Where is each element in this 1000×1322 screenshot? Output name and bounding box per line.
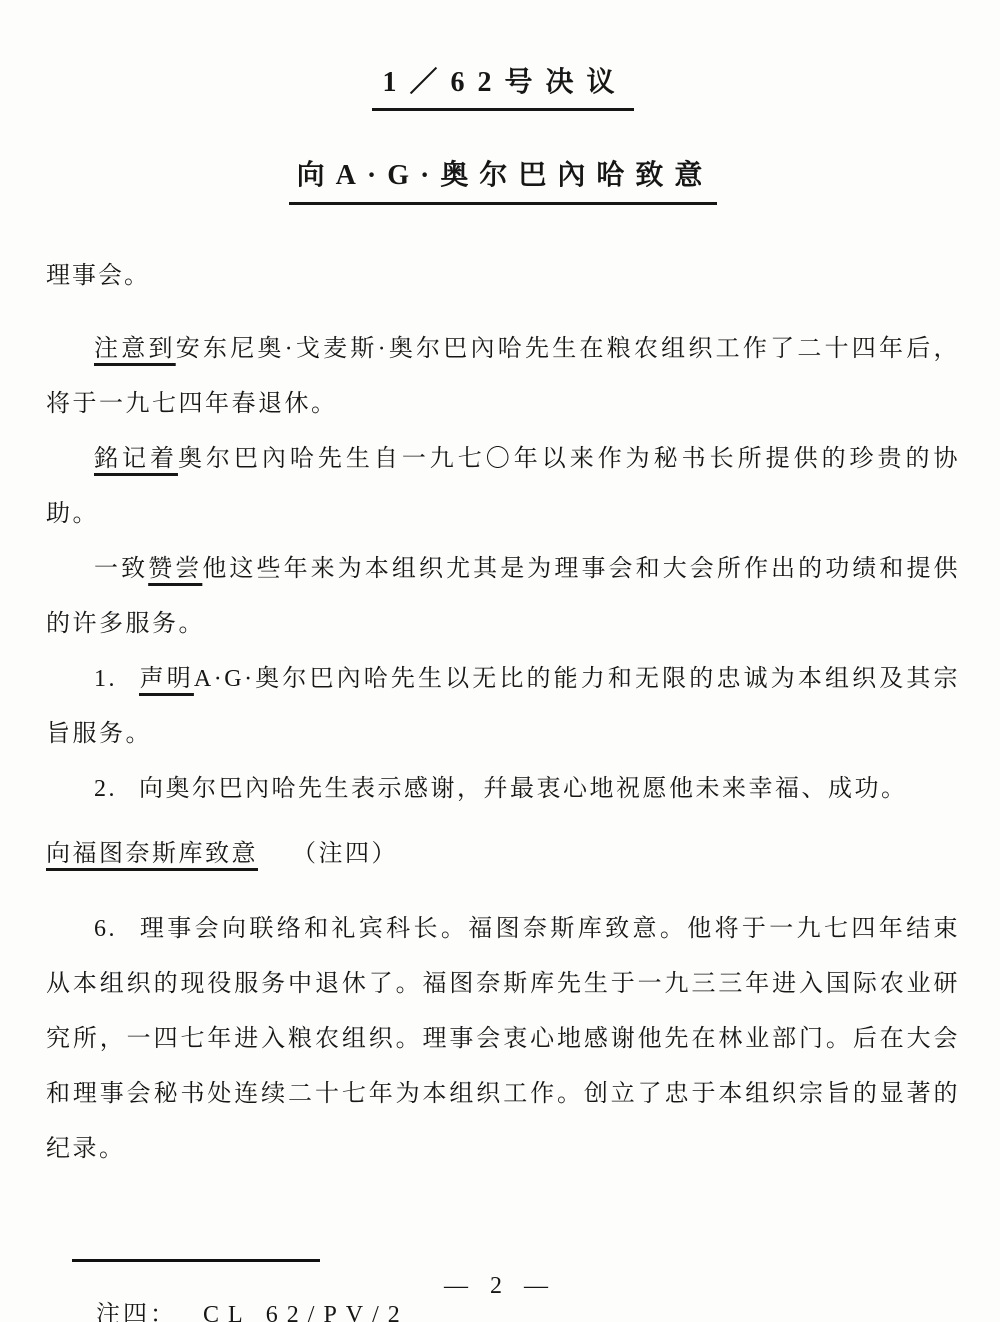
footnote-label: 注四： — [96, 1302, 177, 1322]
paragraph-prefix: 一致 — [94, 556, 148, 582]
page-subtitle: 向A·G·奥尔巴內哈致意 — [289, 153, 718, 205]
salutation: 理事会。 — [46, 255, 960, 290]
page-title: 1／62号决议 — [372, 60, 633, 111]
paragraph-text: 向奥尔巴內哈先生表示感谢，幷最衷心地祝愿他未来幸福、成功。 — [139, 776, 908, 802]
paragraph-appreciating: 一致赞尝他这些年来为本组织尤其是为理事会和大会所作出的功绩和提供的许多服务。 — [46, 542, 960, 652]
numbered-paragraph-6: 6.理事会向联络和礼宾科长。福图奈斯库致意。他将于一九七四年结束从本组织的现役服… — [46, 902, 960, 1177]
section-heading-underlined: 向福图奈斯库致意 — [46, 841, 258, 869]
subtitle-row: 向A·G·奥尔巴內哈致意 — [46, 153, 960, 205]
footnote-value: CL 62/PV/2 — [203, 1302, 409, 1322]
section-heading-footnote-ref: （注四） — [292, 841, 398, 867]
paragraph-number: 1. — [94, 666, 117, 692]
numbered-paragraph-2: 2.向奥尔巴內哈先生表示感谢，幷最衷心地祝愿他未来幸福、成功。 — [46, 762, 960, 817]
document-content: 1／62号决议 向A·G·奥尔巴內哈致意 理事会。 注意到安东尼奥·戈麦斯·奥尔… — [0, 0, 1000, 1322]
paragraph-text: 安东尼奥·戈麦斯·奥尔巴內哈先生在粮农组织工作了二十四年后，将于一九七四年春退休… — [46, 336, 960, 417]
paragraph-text: 理事会向联络和礼宾科长。福图奈斯库致意。他将于一九七四年结束从本组织的现役服务中… — [46, 916, 960, 1162]
paragraph-number: 2. — [94, 776, 117, 802]
section-heading: 向福图奈斯库致意（注四） — [46, 833, 960, 868]
paragraph-notice: 注意到安东尼奥·戈麦斯·奥尔巴內哈先生在粮农组织工作了二十四年后，将于一九七四年… — [46, 322, 960, 432]
paragraph-lead-underlined: 赞尝 — [148, 556, 202, 582]
paragraph-recalling: 銘记着奥尔巴內哈先生自一九七〇年以来作为秘书长所提供的珍贵的协助。 — [46, 432, 960, 542]
paragraph-lead-underlined: 銘记着 — [94, 446, 178, 472]
paragraph-lead-underlined: 声明 — [139, 666, 194, 692]
paragraph-text: 奥尔巴內哈先生自一九七〇年以来作为秘书长所提供的珍贵的协助。 — [46, 446, 960, 527]
document-page: 1／62号决议 向A·G·奥尔巴內哈致意 理事会。 注意到安东尼奥·戈麦斯·奥尔… — [0, 0, 1000, 1322]
numbered-paragraph-1: 1.声明A·G·奥尔巴內哈先生以无比的能力和无限的忠诚为本组织及其宗旨服务。 — [46, 652, 960, 762]
paragraph-number: 6. — [94, 916, 117, 942]
page-number: — 2 — — [0, 1273, 1000, 1300]
paragraph-lead-underlined: 注意到 — [94, 336, 176, 362]
footnote-separator-rule — [72, 1259, 320, 1262]
title-row: 1／62号决议 — [46, 60, 960, 111]
